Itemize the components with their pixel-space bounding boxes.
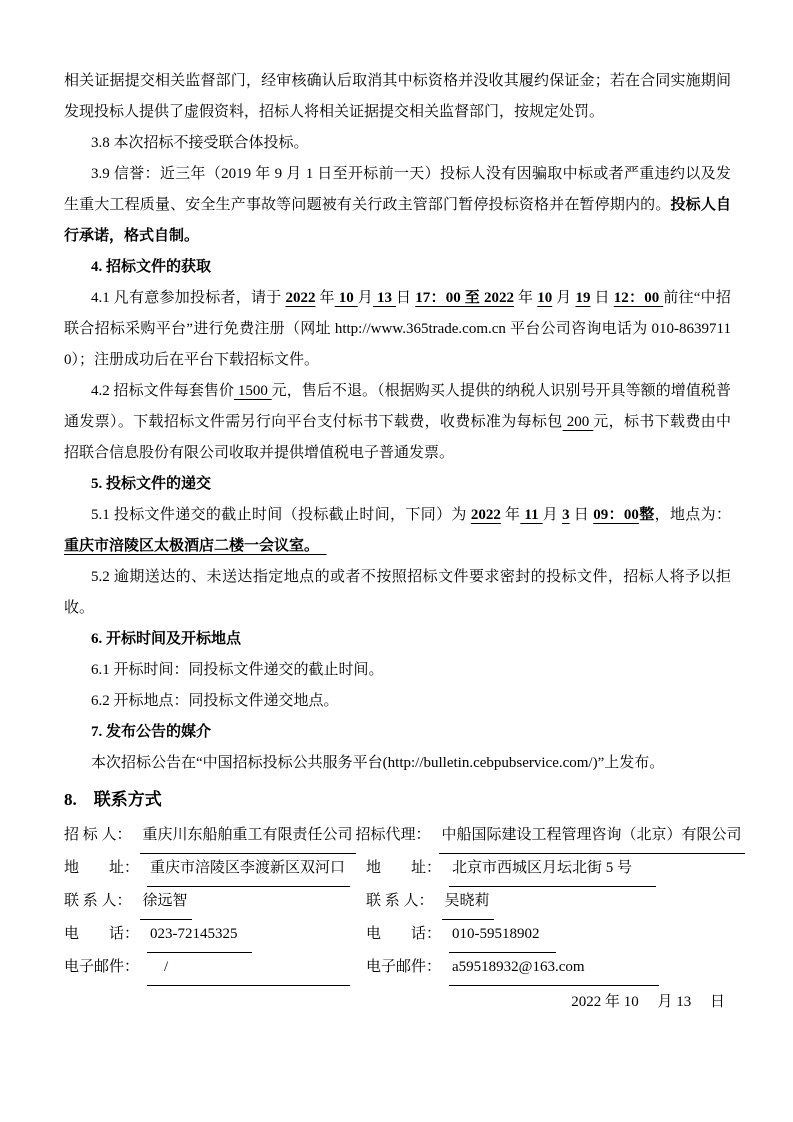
text-run: 10 <box>537 290 552 306</box>
contact-row: 电子邮件：/电子邮件：a59518932@163.com <box>64 951 731 984</box>
text-run: 整 <box>639 507 655 523</box>
text-run: 4.1 凡有意参加投标者，请于 <box>91 290 285 306</box>
paragraph: 3.8 本次招标不接受联合体投标。 <box>64 128 731 159</box>
text-run: 6. 开标时间及开标地点 <box>91 631 241 647</box>
paragraph: 6.2 开标地点：同投标文件递交地点。 <box>64 686 731 717</box>
contact-cell-left: 招 标 人：重庆川东船舶重工有限责任公司 <box>64 819 356 854</box>
contact-label: 联 系 人： <box>366 885 442 918</box>
contact-row: 招 标 人：重庆川东船舶重工有限责任公司招标代理：中船国际建设工程管理咨询（北京… <box>64 819 731 852</box>
text-run: 19 <box>575 290 590 306</box>
document-paragraphs: 相关证据提交相关监督部门，经审核确认后取消其中标资格并没收其履约保证金；若在合同… <box>64 66 731 779</box>
contact-value: 023-72145325 <box>147 918 252 953</box>
contact-label: 联 系 人： <box>64 885 140 918</box>
contact-label: 地 址： <box>366 852 449 885</box>
contact-value: 010-59518902 <box>449 918 556 953</box>
paragraph: 5.1 投标文件递交的截止时间（投标截止时间，下同）为 2022 年 11 月 … <box>64 500 731 562</box>
text-run: 年 <box>315 290 334 306</box>
text-run: 3.8 本次招标不接受联合体投标。 <box>91 135 309 151</box>
contact-label: 电子邮件： <box>366 951 449 984</box>
text-run: 1500 <box>234 383 272 399</box>
contact-value: 重庆川东船舶重工有限责任公司 <box>140 819 356 854</box>
contact-row: 电 话：023-72145325电 话：010-59518902 <box>64 918 731 951</box>
contact-label: 电 话： <box>64 918 147 951</box>
paragraph: 相关证据提交相关监督部门，经审核确认后取消其中标资格并没收其履约保证金；若在合同… <box>64 66 731 128</box>
section-heading: 7. 发布公告的媒介 <box>64 717 731 748</box>
contact-label: 地 址： <box>64 852 147 885</box>
paragraph: 3.9 信誉：近三年（2019 年 9 月 1 日至开标前一天）投标人没有因骗取… <box>64 159 731 252</box>
text-run: 7. 发布公告的媒介 <box>91 724 211 740</box>
text-run: 2022 <box>471 507 501 523</box>
text-run: 日 <box>590 290 613 306</box>
contact-cell-right: 招标代理：中船国际建设工程管理咨询（北京）有限公司 <box>356 819 745 854</box>
contact-cell-left: 地 址：重庆市涪陵区李渡新区双河口 <box>64 852 366 887</box>
paragraph: 本次招标公告在“中国招标投标公共服务平台(http://bulletin.ceb… <box>64 748 731 779</box>
section-heading: 5. 投标文件的递交 <box>64 469 731 500</box>
text-run: 日 <box>570 507 594 523</box>
text-run: 年 <box>501 507 520 523</box>
text-run: 12：00 <box>614 290 664 306</box>
text-run: 5.1 投标文件递交的截止时间（投标截止时间，下同）为 <box>91 507 471 523</box>
contact-value: 徐远智 <box>140 885 192 920</box>
contact-cell-left: 电子邮件：/ <box>64 951 366 986</box>
contact-cell-left: 联 系 人：徐远智 <box>64 885 366 920</box>
text-run: 5.2 逾期送达的、未送达指定地点的或者不按照招标文件要求密封的投标文件，招标人… <box>64 569 731 616</box>
text-run: 月 <box>358 290 373 306</box>
text-run: 本次招标公告在“中国招标投标公共服务平台(http://bulletin.ceb… <box>91 755 664 771</box>
text-run: 13 <box>373 290 396 306</box>
contact-cell-left: 电 话：023-72145325 <box>64 918 366 953</box>
paragraph: 5.2 逾期送达的、未送达指定地点的或者不按照招标文件要求密封的投标文件，招标人… <box>64 562 731 624</box>
document-page: 相关证据提交相关监督部门，经审核确认后取消其中标资格并没收其履约保证金；若在合同… <box>0 0 793 1122</box>
section-heading: 6. 开标时间及开标地点 <box>64 624 731 655</box>
text-run: 4.2 招标文件每套售价 <box>91 383 234 399</box>
text-run: 重庆市涪陵区太极酒店二楼一会议室。 <box>64 538 327 554</box>
text-run: 月 <box>552 290 575 306</box>
contact-rows: 招 标 人：重庆川东船舶重工有限责任公司招标代理：中船国际建设工程管理咨询（北京… <box>64 819 731 984</box>
text-run: 09：00 <box>593 507 639 523</box>
contact-cell-right: 联 系 人：吴晓莉 <box>366 885 731 920</box>
text-run: 2022 <box>285 290 315 306</box>
text-run: 日 <box>396 290 415 306</box>
contact-label: 电子邮件： <box>64 951 147 984</box>
contact-label: 电 话： <box>366 918 449 951</box>
contact-value: / <box>147 951 350 986</box>
document-date: 2022 年 10 月 13 日 <box>64 987 731 1018</box>
text-run: 相关证据提交相关监督部门，经审核确认后取消其中标资格并没收其履约保证金；若在合同… <box>64 73 731 120</box>
contact-value: 吴晓莉 <box>442 885 494 920</box>
paragraph: 4.2 招标文件每套售价 1500 元，售后不退。（根据购买人提供的纳税人识别号… <box>64 376 731 469</box>
text-run: 6.1 开标时间：同投标文件递交的截止时间。 <box>91 662 384 678</box>
text-run: 17：00 至 2022 <box>415 290 514 306</box>
text-run: 月 <box>543 507 562 523</box>
text-run: 3.9 信誉：近三年（2019 年 9 月 1 日至开标前一天）投标人没有因骗取… <box>64 166 731 213</box>
contact-value: 中船国际建设工程管理咨询（北京）有限公司 <box>439 819 745 854</box>
contact-value: 重庆市涪陵区李渡新区双河口 <box>147 852 350 887</box>
contact-label: 招标代理： <box>356 819 439 852</box>
paragraph: 4.1 凡有意参加投标者，请于 2022 年 10 月 13 日 17：00 至… <box>64 283 731 376</box>
contact-value: 北京市西城区月坛北街 5 号 <box>449 852 656 887</box>
contact-value: a59518932@163.com <box>449 951 659 986</box>
text-run: 11 <box>520 507 542 523</box>
contact-cell-right: 电子邮件：a59518932@163.com <box>366 951 731 986</box>
contact-cell-right: 电 话：010-59518902 <box>366 918 731 953</box>
section-heading: 4. 招标文件的获取 <box>64 252 731 283</box>
section-8-heading: 8. 联系方式 <box>64 782 731 818</box>
contact-row: 联 系 人：徐远智联 系 人：吴晓莉 <box>64 885 731 918</box>
text-run: 6.2 开标地点：同投标文件递交地点。 <box>91 693 339 709</box>
paragraph: 6.1 开标时间：同投标文件递交的截止时间。 <box>64 655 731 686</box>
text-run: 10 <box>335 290 358 306</box>
text-run: ，地点为： <box>655 507 731 523</box>
contact-cell-right: 地 址：北京市西城区月坛北街 5 号 <box>366 852 731 887</box>
text-run: 4. 招标文件的获取 <box>91 259 211 275</box>
text-run: 5. 投标文件的递交 <box>91 476 211 492</box>
text-run: 200 <box>563 414 594 430</box>
text-run: 年 <box>514 290 537 306</box>
text-run: 3 <box>562 507 570 523</box>
contact-label: 招 标 人： <box>64 819 140 852</box>
contact-row: 地 址：重庆市涪陵区李渡新区双河口地 址：北京市西城区月坛北街 5 号 <box>64 852 731 885</box>
